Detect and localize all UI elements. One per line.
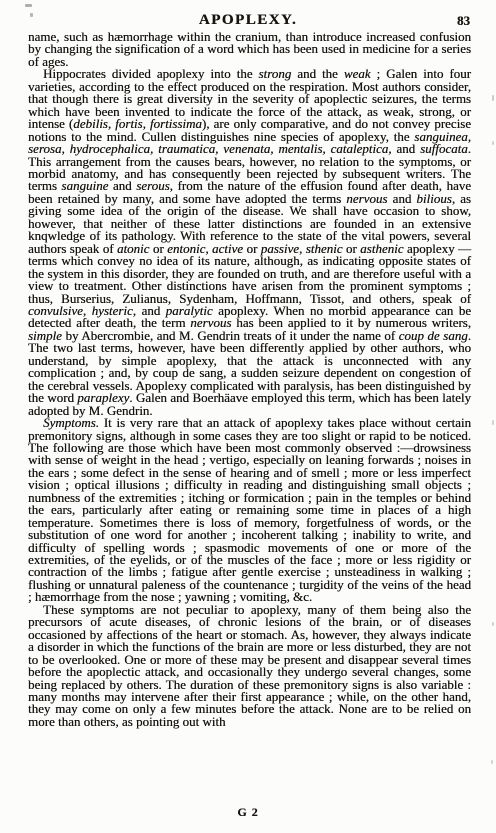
book-page: APOPLEXY. 83 name, such as hæmorrhage wi… (0, 0, 496, 833)
running-header: APOPLEXY. 83 (0, 12, 496, 30)
paragraph: These symptoms are not peculiar to apopl… (28, 604, 471, 729)
text-run: These symptoms are not peculiar to apopl… (28, 602, 471, 729)
page-title: APOPLEXY. (0, 12, 496, 29)
scan-artifact (492, 420, 494, 425)
text-run: It is very rare that an attack of apople… (28, 415, 471, 604)
scan-artifact (492, 95, 494, 101)
scan-artifact (492, 622, 494, 626)
text-run: name, such as hæmorrhage within the cran… (28, 29, 471, 69)
scan-artifact (492, 141, 494, 145)
paragraph: Symptoms. It is very rare that an attack… (28, 417, 471, 604)
scan-artifact (491, 760, 493, 764)
paragraph: name, such as hæmorrhage within the cran… (28, 31, 471, 68)
page-number: 83 (457, 13, 470, 29)
pencil-mark (25, 4, 32, 7)
printer-signature-mark: G 2 (0, 805, 496, 820)
pencil-mark (30, 13, 33, 17)
paragraph: Hippocrates divided apoplexy into the st… (28, 68, 471, 417)
page-body: name, such as hæmorrhage within the cran… (28, 31, 471, 728)
